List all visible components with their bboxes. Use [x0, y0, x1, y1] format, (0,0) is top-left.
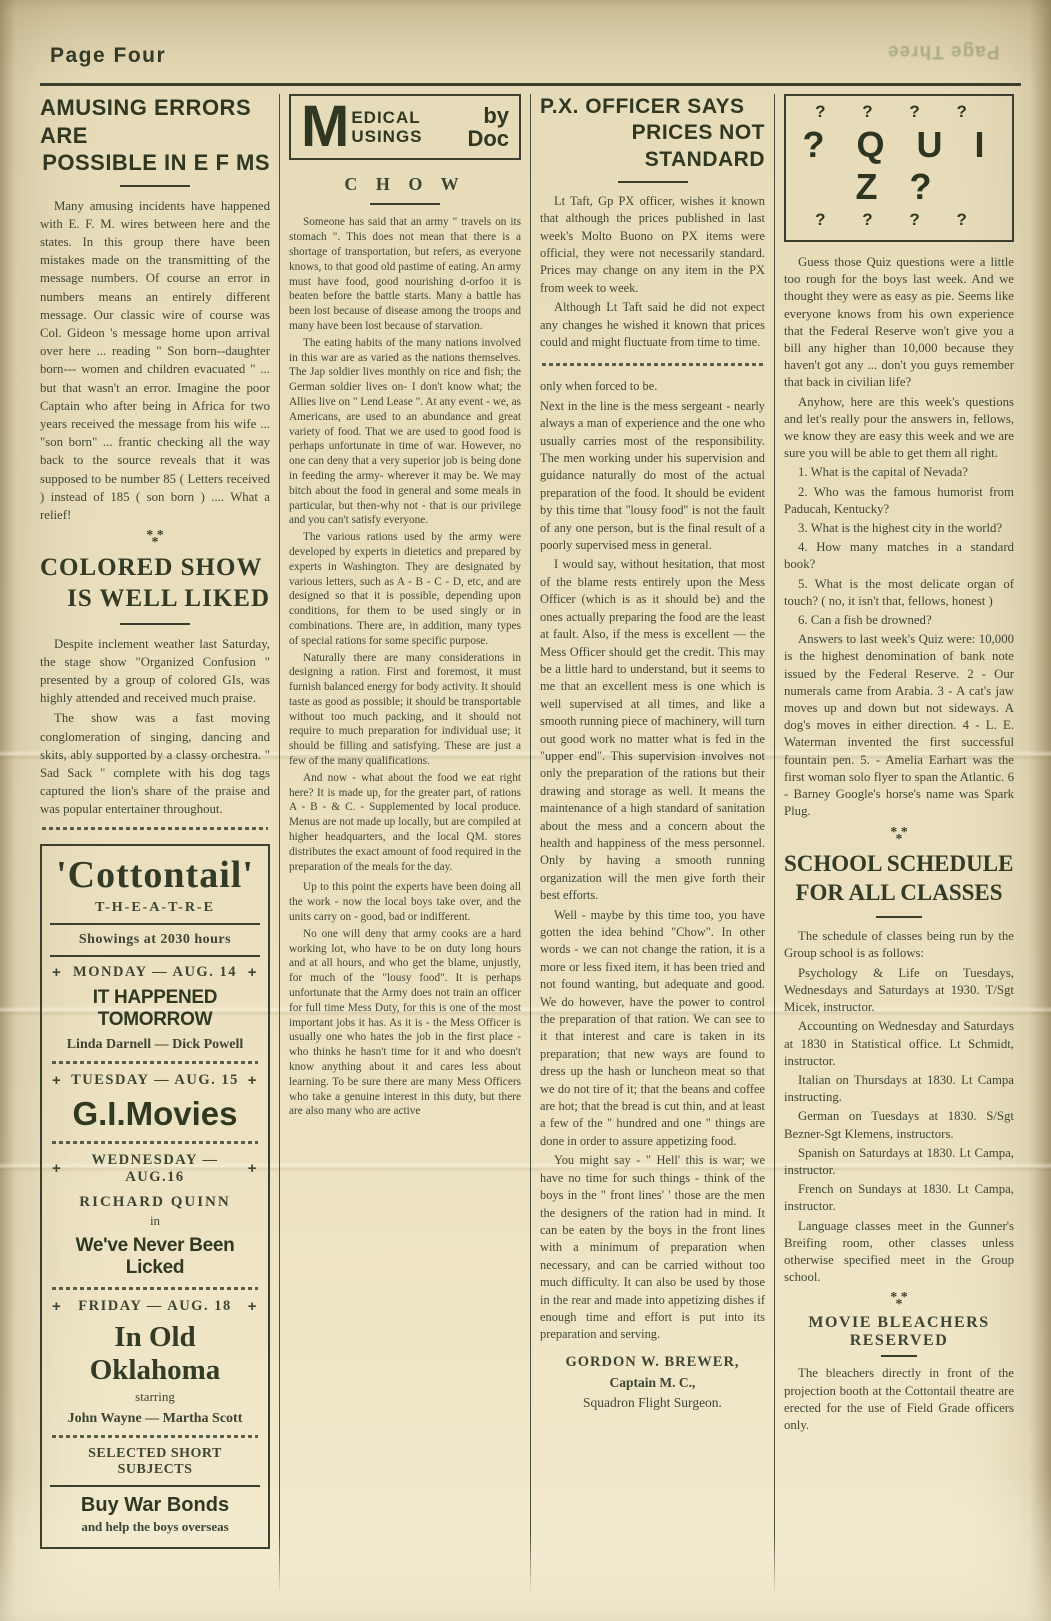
article-chow: Someone has said that an army " travels …: [289, 215, 521, 1119]
headline-line-2: PRICES NOT STANDARD: [540, 120, 765, 173]
quiz-question-marks-bottom: ? ? ? ?: [790, 210, 1008, 230]
paragraph: The show was a fast moving conglomeratio…: [40, 709, 270, 818]
article-amusing-errors: AMUSING ERRORS ARE POSSIBLE IN E F MS Ma…: [40, 94, 270, 524]
headline: MOVIE BLEACHERS RESERVED: [784, 1314, 1014, 1350]
headline-line-1: AMUSING ERRORS ARE: [40, 94, 270, 149]
headline-line-1: P.X. OFFICER SAYS: [540, 94, 765, 120]
paragraph: I would say, without hesitation, that mo…: [540, 556, 765, 904]
paragraph: And now - what about the food we eat rig…: [289, 771, 521, 875]
left-edge-shadow: [0, 0, 16, 1621]
paragraph: Accounting on Wednesday and Saturdays at…: [784, 1018, 1014, 1070]
paragraph: The eating habits of the many nations in…: [289, 336, 521, 528]
paragraph: Well - maybe by this time too, you have …: [540, 907, 765, 1151]
ad-rule: [50, 1485, 260, 1487]
paragraph: French on Sundays at 1830. Lt Campa, ins…: [784, 1181, 1014, 1215]
page-number-label: Page Four: [50, 44, 166, 68]
paragraph: The various rations used by the army wer…: [289, 530, 521, 648]
ad-movie-title: We've Never Been Licked: [50, 1235, 260, 1279]
headline-underline: [120, 185, 190, 187]
war-bonds-slogan: Buy War Bonds: [50, 1494, 260, 1517]
paragraph: Although Lt Taft said he did not expect …: [540, 299, 765, 351]
wavy-rule: [52, 1141, 258, 1144]
divider-dot-bottom: *: [784, 1301, 1014, 1308]
ad-day-wednesday: + WEDNESDAY — AUG.16 +: [52, 1152, 258, 1186]
wavy-rule: [542, 363, 763, 366]
headline-underline: [881, 1355, 917, 1357]
ad-movie-title: G.I.Movies: [50, 1095, 260, 1133]
cross-icon: +: [248, 1072, 258, 1089]
cross-icon: +: [52, 1160, 62, 1177]
wavy-rule: [42, 827, 268, 830]
ad-movie-star: RICHARD QUINN: [50, 1194, 260, 1211]
quiz-question: 5. What is the most delicate organ of to…: [784, 576, 1014, 610]
headline-line-2: FOR ALL CLASSES: [784, 878, 1014, 908]
paragraph: Naturally there are many considerations …: [289, 651, 521, 769]
article-chow-continued: only when forced to be. Next in the line…: [540, 378, 765, 1410]
article-school-schedule: SCHOOL SCHEDULE FOR ALL CLASSES The sche…: [784, 849, 1014, 1287]
cross-icon: +: [248, 1298, 258, 1315]
column-layout: AMUSING ERRORS ARE POSSIBLE IN E F MS Ma…: [40, 94, 1051, 1594]
article-body: Many amusing incidents have happened wit…: [40, 197, 270, 525]
paragraph: Psychology & Life on Tuesdays, Wednesday…: [784, 965, 1014, 1017]
masthead-initial: M: [301, 104, 349, 150]
quiz-masthead: ? ? ? ? ? Q U I Z ? ? ? ? ?: [784, 94, 1014, 242]
cross-icon: +: [248, 1160, 258, 1177]
signature-title: Squadron Flight Surgeon.: [540, 1395, 765, 1411]
masthead-words: EDICAL USINGS: [351, 108, 467, 147]
article-colored-show: COLORED SHOW IS WELL LIKED Despite incle…: [40, 552, 270, 819]
masthead-word-top: EDICAL: [351, 108, 467, 128]
ad-movie-title: In Old Oklahoma: [50, 1321, 260, 1387]
article-px-officer: P.X. OFFICER SAYS PRICES NOT STANDARD Lt…: [540, 94, 765, 351]
paragraph: Spanish on Saturdays at 1830. Lt Campa, …: [784, 1145, 1014, 1179]
ad-day-friday: + FRIDAY — AUG. 18 +: [52, 1298, 258, 1315]
quiz-question: 3. What is the highest city in the world…: [784, 520, 1014, 537]
ad-day-label: TUESDAY — AUG. 15: [71, 1072, 239, 1089]
signature-rank: Captain M. C.,: [540, 1375, 765, 1391]
wavy-rule: [52, 1061, 258, 1064]
ghost-page-label: Page Three: [887, 40, 999, 62]
quiz-question: 4. How many matches in a standard book?: [784, 539, 1014, 573]
cross-icon: +: [52, 1072, 62, 1089]
headline-underline: [120, 623, 190, 625]
ad-subtitle: T-H-E-A-T-R-E: [50, 900, 260, 916]
continued-lead: only when forced to be.: [540, 378, 765, 395]
paragraph: Up to this point the experts have been d…: [289, 880, 521, 924]
column-3: P.X. OFFICER SAYS PRICES NOT STANDARD Lt…: [540, 94, 765, 1594]
paragraph: No one will deny that army cooks are a h…: [289, 927, 521, 1119]
ad-in-label: in: [50, 1213, 260, 1229]
ad-day-label: MONDAY — AUG. 14: [73, 964, 237, 981]
masthead-byline: by Doc: [467, 104, 509, 150]
ad-rule: [50, 955, 260, 957]
wavy-rule: [52, 1435, 258, 1438]
ad-day-label: FRIDAY — AUG. 18: [78, 1298, 231, 1315]
cross-icon: +: [52, 1298, 62, 1315]
ad-shorts-label: SELECTED SHORT SUBJECTS: [50, 1446, 260, 1478]
wavy-rule: [52, 1287, 258, 1290]
quiz-question: 6. Can a fish be drowned?: [784, 612, 1014, 629]
cottontail-theatre-ad: 'Cottontail' T-H-E-A-T-R-E Showings at 2…: [40, 844, 270, 1549]
column-rule: [279, 94, 280, 1594]
ad-movie-stars: Linda Darnell — Dick Powell: [50, 1037, 260, 1053]
ad-day-tuesday: + TUESDAY — AUG. 15 +: [52, 1072, 258, 1089]
headline-line-1: SCHOOL SCHEDULE: [784, 849, 1014, 879]
signature-block: GORDON W. BREWER, Captain M. C., Squadro…: [540, 1354, 765, 1411]
paragraph: Someone has said that an army " travels …: [289, 215, 521, 333]
headline-line-1: COLORED SHOW: [40, 552, 270, 583]
ad-showings: Showings at 2030 hours: [50, 932, 260, 948]
cross-icon: +: [52, 964, 62, 981]
paragraph: Despite inclement weather last Saturday,…: [40, 635, 270, 708]
column-4: ? ? ? ? ? Q U I Z ? ? ? ? ? Guess those …: [784, 94, 1014, 1594]
headline-underline: [876, 916, 922, 918]
column-2: M EDICAL USINGS by Doc C H O W Someone h…: [289, 94, 521, 1594]
paragraph: Anyhow, here are this week's questions a…: [784, 394, 1014, 463]
ad-title: 'Cottontail': [50, 856, 260, 896]
paragraph: Language classes meet in the Gunner's Br…: [784, 1218, 1014, 1287]
column-rule: [774, 94, 775, 1594]
article-quiz: Guess those Quiz questions were a little…: [784, 254, 1014, 821]
headline-line-2: IS WELL LIKED: [40, 583, 270, 614]
byline-by: by: [483, 104, 509, 127]
headline-underline: [618, 181, 688, 183]
cross-icon: +: [248, 964, 258, 981]
quiz-title: ? Q U I Z ?: [790, 124, 1008, 208]
chow-heading: C H O W: [289, 174, 521, 195]
headline-underline: [370, 203, 440, 205]
divider-dot-bottom: *: [784, 836, 1014, 843]
header-rule: [40, 83, 1021, 86]
ad-day-monday: + MONDAY — AUG. 14 +: [52, 964, 258, 981]
war-bonds-subtext: and help the boys overseas: [50, 1519, 260, 1535]
article-movie-bleachers: MOVIE BLEACHERS RESERVED The bleachers d…: [784, 1314, 1014, 1434]
ad-movie-stars: John Wayne — Martha Scott: [50, 1411, 260, 1427]
column-1: AMUSING ERRORS ARE POSSIBLE IN E F MS Ma…: [40, 94, 270, 1594]
quiz-question: 2. Who was the famous humorist from Padu…: [784, 484, 1014, 518]
section-divider: * * *: [40, 532, 270, 546]
quiz-question: 1. What is the capital of Nevada?: [784, 464, 1014, 481]
section-divider: * * *: [784, 1294, 1014, 1308]
paragraph: Next in the line is the mess sergeant - …: [540, 398, 765, 555]
ad-starring-label: starring: [50, 1389, 260, 1405]
paragraph: Lt Taft, Gp PX officer, wishes it known …: [540, 193, 765, 297]
newspaper-page: Page Three Page Four AMUSING ERRORS ARE …: [0, 0, 1051, 1621]
quiz-question-marks-top: ? ? ? ?: [790, 102, 1008, 122]
section-divider: * * *: [784, 829, 1014, 843]
signature-name: GORDON W. BREWER,: [540, 1354, 765, 1371]
ad-day-label: WEDNESDAY — AUG.16: [62, 1152, 247, 1186]
ad-movie-title: IT HAPPENED TOMORROW: [50, 987, 260, 1031]
paragraph: The schedule of classes being run by the…: [784, 928, 1014, 962]
byline-doc: Doc: [467, 127, 509, 150]
paragraph: Italian on Thursdays at 1830. Lt Campa i…: [784, 1072, 1014, 1106]
medical-musings-masthead: M EDICAL USINGS by Doc: [289, 94, 521, 160]
paragraph: Guess those Quiz questions were a little…: [784, 254, 1014, 392]
quiz-answers: Answers to last week's Quiz were: 10,000…: [784, 631, 1014, 820]
paragraph: You might say - " Hell' this is war; we …: [540, 1152, 765, 1343]
headline-line-2: POSSIBLE IN E F MS: [40, 149, 270, 177]
masthead-word-bottom: USINGS: [351, 127, 467, 147]
paragraph: The bleachers directly in front of the p…: [784, 1365, 1014, 1434]
column-rule: [530, 94, 531, 1594]
divider-dot-bottom: *: [40, 539, 270, 546]
ad-rule: [50, 923, 260, 925]
paragraph: German on Tuesdays at 1830. S/Sgt Bezner…: [784, 1108, 1014, 1142]
